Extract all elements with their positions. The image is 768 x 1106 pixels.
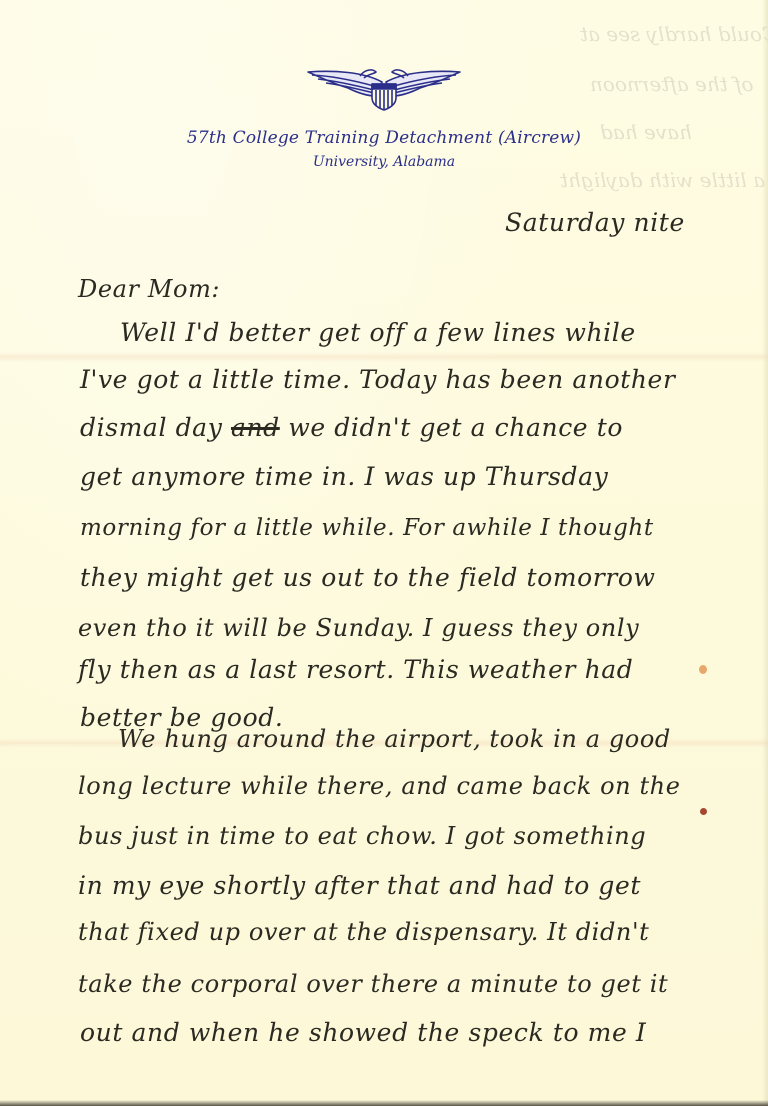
stain-spot <box>699 665 707 674</box>
letter-text: dismal day <box>80 413 231 442</box>
letter-line: get anymore time in. I was up Thursday <box>80 462 608 491</box>
letter-line: they might get us out to the field tomor… <box>80 563 656 592</box>
letter-salutation: Dear Mom: <box>78 275 220 303</box>
letter-date: Saturday nite <box>505 208 685 237</box>
struck-word: and <box>231 413 280 442</box>
letter-line: take the corporal over there a minute to… <box>78 970 668 998</box>
letter-line: out and when he showed the speck to me I <box>80 1018 646 1047</box>
stain-spot <box>700 808 707 815</box>
fold-crease <box>0 352 768 362</box>
letter-text: we didn't get a chance to <box>280 413 623 442</box>
letter-line: even tho it will be Sunday. I guess they… <box>78 614 639 642</box>
show-through-line: Could hardly see at <box>580 22 768 46</box>
letterhead-organization: 57th College Training Detachment (Aircre… <box>0 128 768 148</box>
letter-line: Well I'd better get off a few lines whil… <box>120 318 636 347</box>
letter-page: Could hardly see at of the afternoon hav… <box>0 0 768 1106</box>
paper-edge <box>0 1100 768 1106</box>
letter-line: that fixed up over at the dispensary. It… <box>78 918 649 946</box>
letter-line: fly then as a last resort. This weather … <box>78 655 633 684</box>
letter-line: long lecture while there, and came back … <box>78 772 681 800</box>
aviator-wings-icon <box>304 62 464 112</box>
letterhead: 57th College Training Detachment (Aircre… <box>0 62 768 170</box>
letter-line: I've got a little time. Today has been a… <box>80 365 676 394</box>
letter-line: bus just in time to eat chow. I got some… <box>78 822 646 850</box>
letterhead-location: University, Alabama <box>0 154 768 170</box>
letter-line: dismal day and we didn't get a chance to <box>80 413 623 442</box>
letter-line: morning for a little while. For awhile I… <box>80 515 654 541</box>
show-through-line: a little with daylight <box>560 168 765 192</box>
letter-line: We hung around the airport, took in a go… <box>118 725 671 753</box>
letter-line: in my eye shortly after that and had to … <box>78 871 641 900</box>
